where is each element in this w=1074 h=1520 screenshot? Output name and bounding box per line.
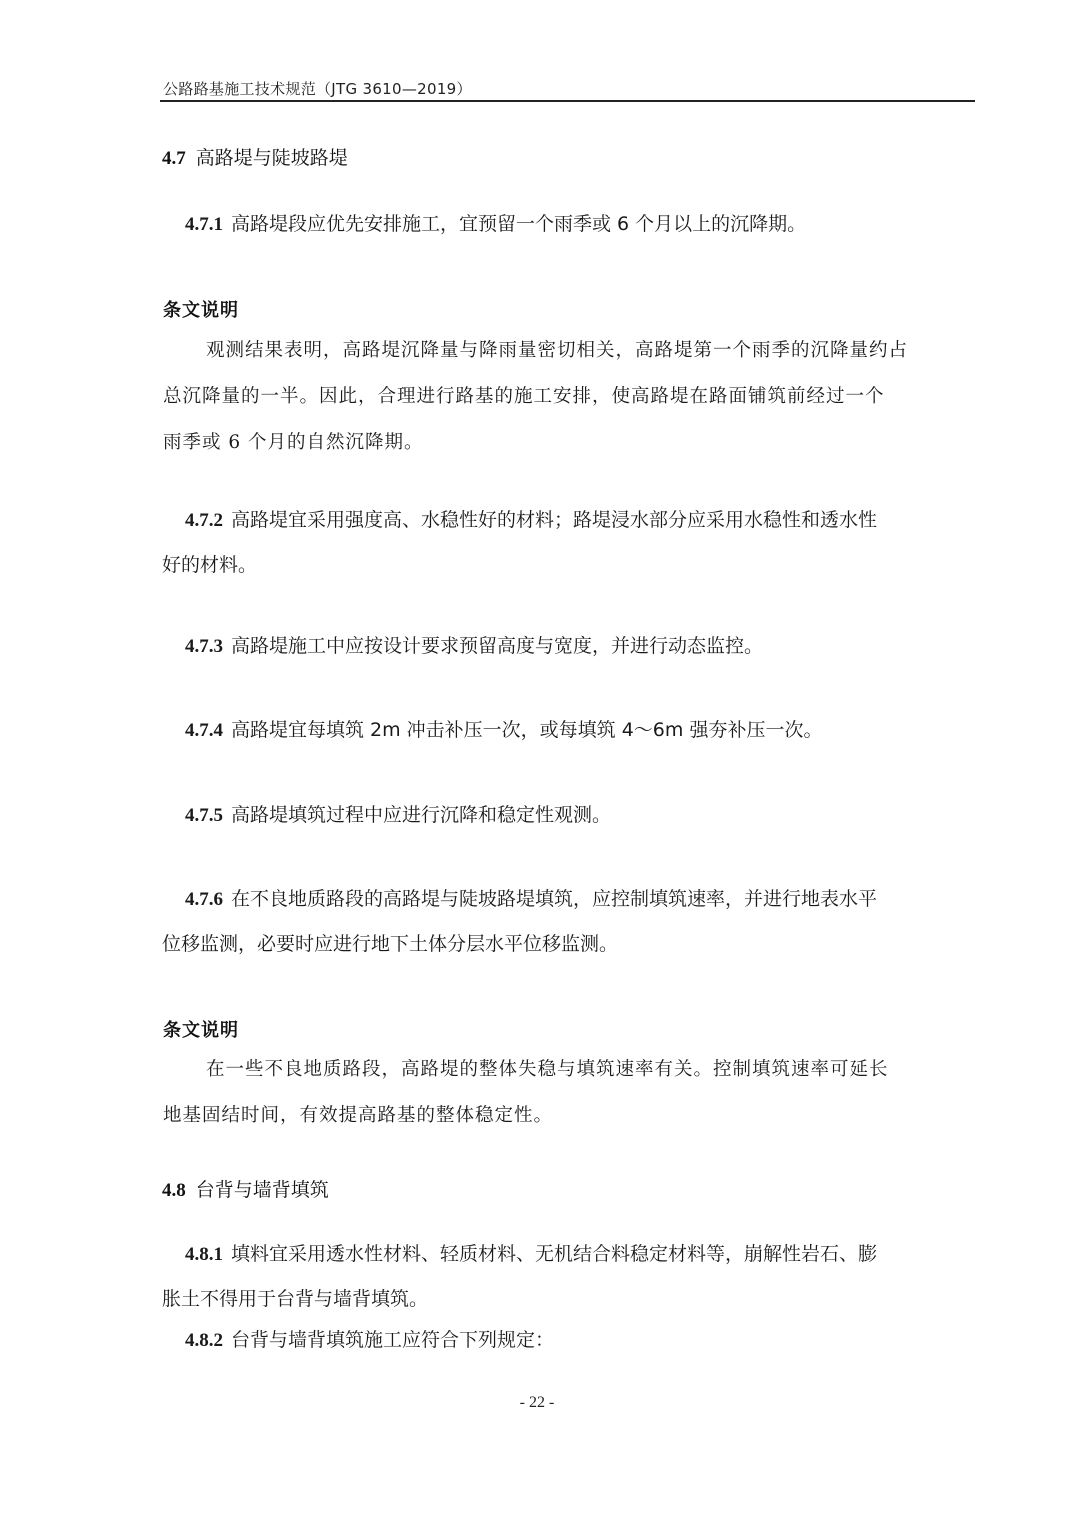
clause-4-7-2: 4.7.2高路堤宜采用强度高、水稳性好的材料；路堤浸水部分应采用水稳性和透水性 … [185, 498, 975, 587]
header-divider [160, 100, 975, 102]
clause-text: 高路堤宜每填筑 2m 冲击补压一次，或每填筑 4〜6m 强夯补压一次。 [231, 719, 822, 741]
explanation-body: 在一些不良地质路段，高路堤的整体失稳与填筑速率有关。控制填筑速率可延长 地基固结… [163, 1047, 975, 1139]
clause-number: 4.8.2 [185, 1330, 223, 1351]
section-title: 台背与墙背填筑 [196, 1179, 329, 1201]
clause-4-7-4: 4.7.4高路堤宜每填筑 2m 冲击补压一次，或每填筑 4〜6m 强夯补压一次。 [185, 708, 975, 753]
clause-number: 4.7.4 [185, 720, 223, 741]
explanation-body: 观测结果表明，高路堤沉降量与降雨量密切相关，高路堤第一个雨季的沉降量约占 总沉降… [163, 328, 975, 466]
explanation-line: 地基固结时间，有效提高路基的整体稳定性。 [163, 1093, 975, 1139]
clause-4-7-3: 4.7.3高路堤施工中应按设计要求预留高度与宽度，并进行动态监控。 [185, 624, 975, 669]
clause-text: 高路堤段应优先安排施工，宜预留一个雨季或 6 个月以上的沉降期。 [231, 213, 806, 235]
clause-text: 台背与墙背填筑施工应符合下列规定： [231, 1329, 554, 1351]
explanation-line: 在一些不良地质路段，高路堤的整体失稳与填筑速率有关。控制填筑速率可延长 [163, 1047, 975, 1093]
clause-number: 4.7.1 [185, 214, 223, 235]
clause-4-8-1: 4.8.1填料宜采用透水性材料、轻质材料、无机结合料稳定材料等，崩解性岩石、膨 … [185, 1232, 975, 1321]
section-heading-4-7: 4.7高路堤与陡坡路堤 [162, 143, 348, 170]
section-number: 4.7 [162, 148, 186, 169]
clause-text: 填料宜采用透水性材料、轻质材料、无机结合料稳定材料等，崩解性岩石、膨 [231, 1243, 877, 1265]
document-title: 公路路基施工技术规范（JTG 3610—2019） [163, 78, 472, 99]
explanation-heading: 条文说明 [163, 296, 239, 322]
explanation-line: 雨季或 6 个月的自然沉降期。 [163, 420, 975, 466]
clause-text: 在不良地质路段的高路堤与陡坡路堤填筑，应控制填筑速率，并进行地表水平 [231, 888, 877, 910]
section-title: 高路堤与陡坡路堤 [196, 147, 348, 169]
clause-4-8-2: 4.8.2台背与墙背填筑施工应符合下列规定： [185, 1318, 975, 1363]
explanation-line: 观测结果表明，高路堤沉降量与降雨量密切相关，高路堤第一个雨季的沉降量约占 [163, 328, 975, 374]
clause-4-7-1: 4.7.1高路堤段应优先安排施工，宜预留一个雨季或 6 个月以上的沉降期。 [185, 202, 975, 247]
clause-text-continued: 胀土不得用于台背与墙背填筑。 [162, 1277, 975, 1321]
clause-4-7-6: 4.7.6在不良地质路段的高路堤与陡坡路堤填筑，应控制填筑速率，并进行地表水平 … [185, 877, 975, 966]
clause-number: 4.8.1 [185, 1244, 223, 1265]
clause-number: 4.7.5 [185, 805, 223, 826]
explanation-line: 总沉降量的一半。因此，合理进行路基的施工安排，使高路堤在路面铺筑前经过一个 [163, 374, 975, 420]
clause-4-7-5: 4.7.5高路堤填筑过程中应进行沉降和稳定性观测。 [185, 793, 975, 838]
clause-number: 4.7.2 [185, 510, 223, 531]
page-number: - 22 - [0, 1394, 1074, 1412]
section-heading-4-8: 4.8台背与墙背填筑 [162, 1175, 329, 1202]
clause-number: 4.7.6 [185, 889, 223, 910]
clause-text: 高路堤宜采用强度高、水稳性好的材料；路堤浸水部分应采用水稳性和透水性 [231, 509, 877, 531]
section-number: 4.8 [162, 1180, 186, 1201]
clause-text-continued: 位移监测，必要时应进行地下土体分层水平位移监测。 [162, 922, 975, 966]
explanation-heading: 条文说明 [163, 1016, 239, 1042]
clause-text: 高路堤施工中应按设计要求预留高度与宽度，并进行动态监控。 [231, 635, 763, 657]
clause-text-continued: 好的材料。 [162, 543, 975, 587]
clause-text: 高路堤填筑过程中应进行沉降和稳定性观测。 [231, 804, 611, 826]
clause-number: 4.7.3 [185, 636, 223, 657]
